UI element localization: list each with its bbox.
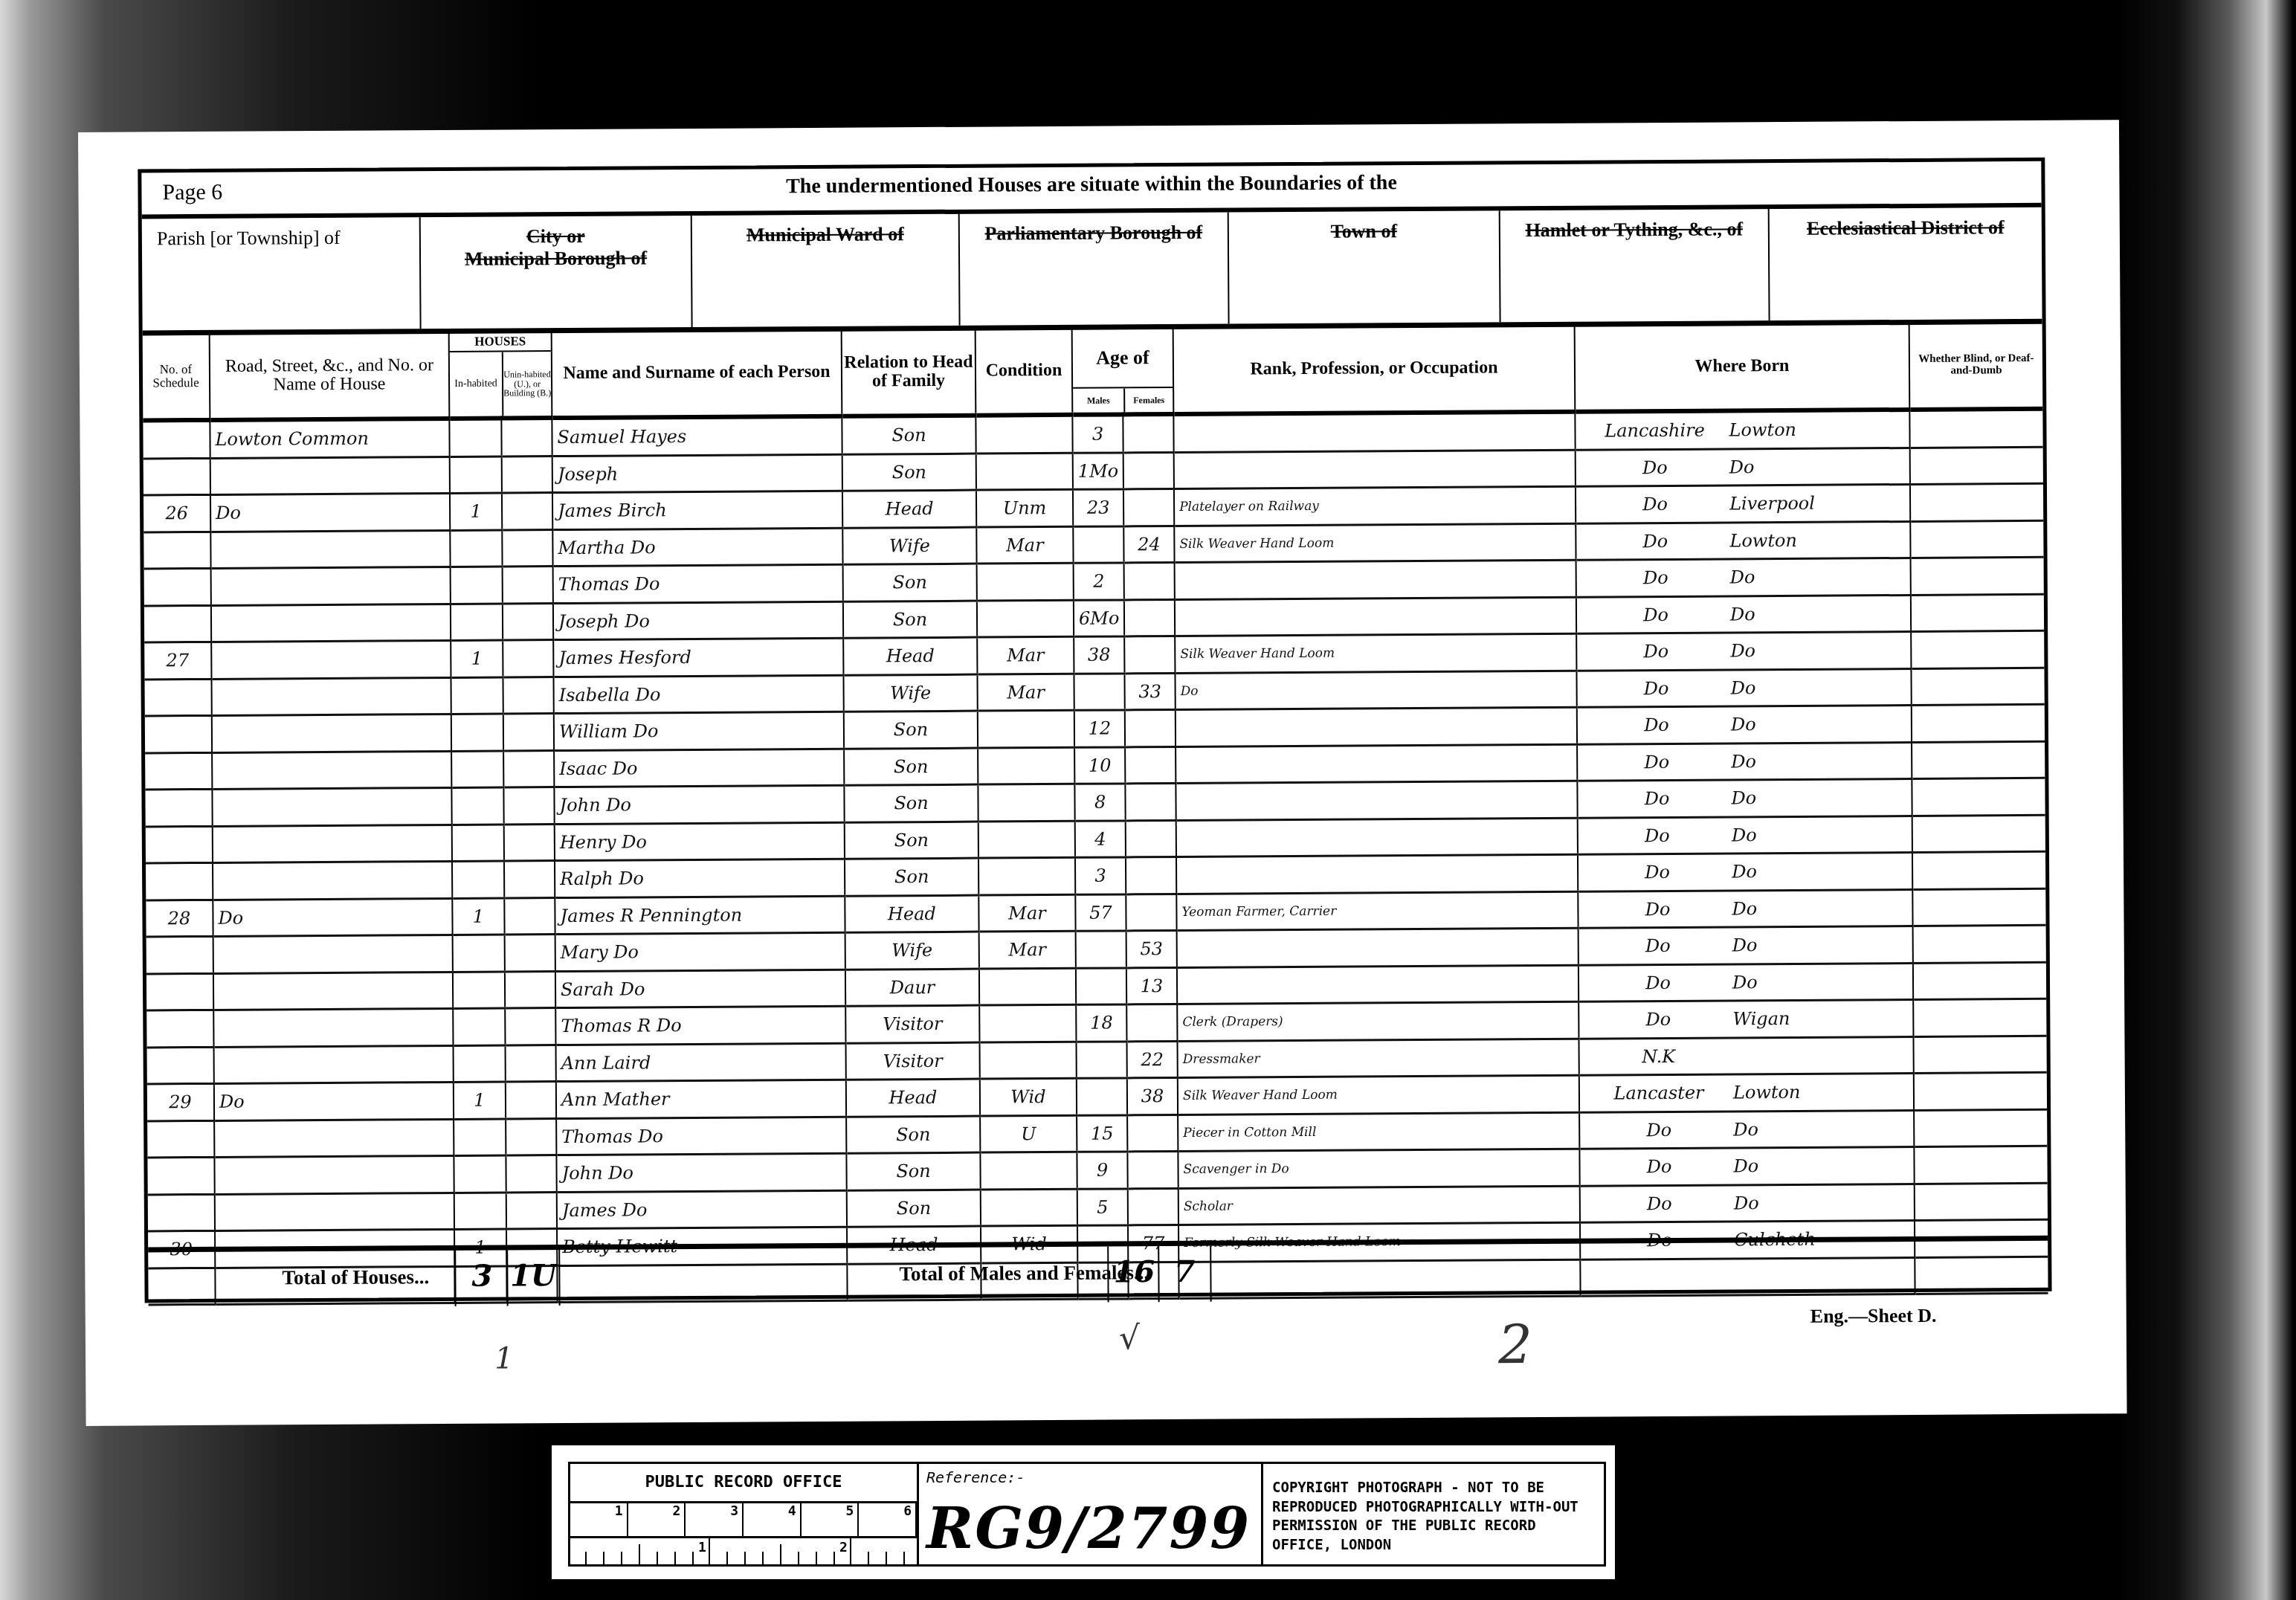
relation-cell: Visitor (846, 1042, 980, 1080)
female-age-cell (1126, 894, 1176, 931)
place-town: Town of (1229, 210, 1501, 323)
born-county: Do (1584, 1119, 1733, 1141)
uninhabited-cell (504, 897, 555, 935)
ruler-mark: 1 (570, 1503, 628, 1536)
born-place: Do (1733, 1155, 1758, 1176)
inhabited-cell (451, 787, 503, 825)
female-age-cell (1125, 746, 1176, 784)
blind-deaf-cell (1912, 778, 2045, 816)
where-born-cell: DoDo (1576, 448, 1910, 486)
born-place: Do (1731, 751, 1756, 772)
occupation-cell (1176, 707, 1577, 746)
name-cell: Samuel Hayes (552, 416, 842, 456)
occupation-cell (1176, 744, 1577, 784)
place-hamlet: Hamlet or Tything, &c., of (1500, 209, 1770, 322)
relation-cell: Head (842, 490, 976, 528)
born-place: Do (1731, 677, 1756, 698)
inhabited-cell (450, 457, 502, 494)
inhabited-cell (453, 1008, 505, 1045)
born-place: Do (1734, 1193, 1759, 1213)
name-cell: Mary Do (555, 932, 845, 971)
road-cell: Do (210, 493, 450, 531)
uninhabited-cell (505, 971, 555, 1008)
road-cell (212, 714, 451, 752)
inhabited-cell (451, 714, 503, 751)
male-age-cell (1076, 967, 1126, 1004)
uninhabited-cell (503, 750, 554, 787)
blind-deaf-cell (1912, 741, 2045, 779)
relation-cell: Son (842, 454, 976, 491)
copyright-notice: COPYRIGHT PHOTOGRAPH - NOT TO BE REPRODU… (1263, 1464, 1604, 1564)
inhabited-cell: 1 (450, 493, 502, 530)
road-cell (214, 1045, 454, 1083)
born-county: Do (1583, 898, 1732, 920)
schedule-cell: 27 (144, 642, 211, 679)
uninhabited-cell (506, 1155, 556, 1193)
male-age-cell (1074, 673, 1124, 710)
occupation-cell: Dressmaker (1178, 1039, 1579, 1078)
inhabited-cell: 1 (451, 640, 503, 677)
road-cell (213, 1008, 453, 1046)
male-age-cell: 5 (1077, 1188, 1128, 1225)
occupation-cell: Clerk (Drapers) (1177, 1001, 1578, 1041)
place-city-borough: City or Municipal Borough of (421, 216, 693, 329)
ruler-top: 1 2 3 4 5 6 (570, 1503, 917, 1538)
name-cell: Joseph Do (553, 601, 843, 640)
place-ecclesiastical: Ecclesiastical District of (1770, 207, 2042, 320)
female-age-cell (1127, 1151, 1178, 1188)
sheet-code: Eng.—Sheet D. (1810, 1305, 1937, 1328)
born-county: Do (1584, 1156, 1733, 1178)
uninhabited-cell (502, 493, 552, 530)
born-place: Do (1731, 714, 1756, 735)
female-age-cell: 13 (1126, 967, 1177, 1004)
relation-cell: Son (846, 1116, 980, 1154)
occupation-cell (1176, 854, 1578, 894)
born-place: Liverpool (1729, 493, 1815, 514)
female-age-cell: 53 (1126, 930, 1177, 967)
relation-cell: Son (843, 564, 977, 601)
name-cell: William Do (554, 712, 844, 750)
female-age-cell (1126, 820, 1176, 857)
occupation-cell (1173, 412, 1575, 452)
male-age-cell (1073, 526, 1123, 563)
male-age-cell: 12 (1074, 710, 1125, 747)
uninhabited-cell (504, 824, 555, 861)
col-condition: Condition (976, 329, 1073, 416)
name-cell: Ralph Do (555, 859, 845, 897)
born-place: Do (1730, 640, 1755, 661)
ruler-section: PUBLIC RECORD OFFICE 1 2 3 4 5 6 1 2 (570, 1464, 919, 1564)
born-county: Lancashire (1580, 420, 1729, 442)
occupation-cell: Platelayer on Railway (1174, 486, 1576, 526)
name-cell: John Do (556, 1153, 846, 1192)
col-occupation: Rank, Profession, or Occupation (1173, 326, 1576, 414)
condition-cell (977, 563, 1074, 600)
where-born-cell: DoDo (1578, 816, 1912, 854)
relation-cell: Son (844, 748, 978, 786)
condition-cell: Unm (976, 489, 1073, 526)
born-county: Do (1584, 1009, 1732, 1030)
occupation-cell: Piecer in Cotton Mill (1178, 1112, 1579, 1152)
born-county: Do (1581, 567, 1730, 589)
schedule-cell (147, 1047, 214, 1084)
name-cell: Henry Do (555, 822, 845, 861)
where-born-cell: LancashireLowton (1575, 410, 1909, 450)
inhabited-cell (453, 972, 505, 1009)
born-county: Do (1585, 1193, 1734, 1214)
born-place: Do (1732, 898, 1757, 919)
born-county: Do (1581, 604, 1730, 625)
born-place: Do (1732, 935, 1758, 955)
col-name: Name and Surname of each Person (552, 331, 842, 418)
place-parliamentary-label: Parliamentary Borough of (984, 222, 1202, 245)
condition-cell: Wid (980, 1078, 1077, 1115)
road-cell (215, 1193, 454, 1230)
name-cell: Joseph (552, 454, 842, 493)
female-age-cell (1124, 636, 1175, 674)
col-houses: HOUSES In-habited Unin-habited (U.), or … (449, 332, 552, 419)
born-county: Do (1581, 457, 1729, 478)
col-road: Road, Street, &c., and No. or Name of Ho… (210, 333, 450, 420)
ruler-mark: 5 (802, 1503, 860, 1536)
table-header: No. of Schedule Road, Street, &c., and N… (143, 323, 2043, 421)
road-cell (214, 1155, 454, 1193)
born-county: Lancaster (1584, 1083, 1733, 1104)
uninhabited-cell (503, 787, 554, 825)
female-age-cell (1123, 452, 1174, 489)
ruler-mark: 4 (744, 1503, 802, 1536)
occupation-cell: Silk Weaver Hand Loom (1174, 523, 1576, 563)
road-cell (212, 787, 451, 825)
occupation-cell (1176, 818, 1578, 857)
road-cell (213, 972, 453, 1010)
occupation-cell (1176, 781, 1577, 820)
place-parish-label: Parish [or Township] of (157, 227, 341, 250)
where-born-cell: DoDo (1578, 889, 1912, 928)
schedule-cell (146, 936, 213, 973)
born-place: Do (1730, 567, 1755, 587)
schedule-cell (143, 458, 210, 495)
condition-cell (978, 784, 1074, 821)
where-born-cell: DoDo (1576, 631, 1911, 670)
inhabited-cell (454, 1119, 506, 1156)
born-county: Do (1582, 788, 1731, 810)
uninhabited-cell (503, 567, 553, 604)
relation-cell: Son (846, 1152, 980, 1190)
uninhabited-cell (503, 603, 553, 640)
female-age-cell: 38 (1127, 1077, 1178, 1114)
name-cell: Thomas Do (553, 564, 843, 603)
relation-cell: Son (845, 822, 978, 859)
born-place: Lowton (1733, 1082, 1801, 1103)
condition-cell (976, 415, 1072, 454)
blind-deaf-cell (1910, 447, 2043, 485)
inhabited-cell (454, 1155, 506, 1193)
road-cell (213, 935, 453, 972)
blind-deaf-cell (1914, 1109, 2047, 1147)
schedule-cell (144, 679, 211, 716)
where-born-cell: DoDo (1579, 1146, 1914, 1185)
female-age-cell (1123, 489, 1174, 526)
record-office-card: PUBLIC RECORD OFFICE 1 2 3 4 5 6 1 2 (552, 1445, 1615, 1579)
male-age-cell: 57 (1075, 894, 1126, 931)
record-office-title: PUBLIC RECORD OFFICE (570, 1464, 917, 1503)
ruler-mark: 3 (686, 1503, 744, 1536)
condition-cell (978, 857, 1075, 894)
name-cell: Ann Mather (556, 1080, 846, 1118)
female-age-cell: 22 (1127, 1041, 1178, 1078)
schedule-cell: 26 (143, 494, 210, 532)
condition-cell: Mar (979, 931, 1076, 968)
blind-deaf-cell (1913, 962, 2046, 1000)
female-age-cell (1127, 1114, 1178, 1152)
census-table: No. of Schedule Road, Street, &c., and N… (143, 323, 2048, 1306)
name-cell: Isaac Do (554, 749, 844, 787)
schedule-cell (143, 420, 210, 459)
blind-deaf-cell (1910, 520, 2043, 558)
road-cell (214, 1119, 454, 1157)
road-cell: Lowton Common (210, 419, 449, 458)
female-age-cell (1125, 709, 1176, 746)
relation-cell: Son (847, 1190, 981, 1228)
condition-cell (980, 1152, 1077, 1189)
place-ecclesiastical-label: Ecclesiastical District of (1807, 216, 2005, 239)
condition-cell (978, 747, 1074, 784)
female-age-cell: 33 (1124, 673, 1175, 710)
blind-deaf-cell (1911, 630, 2044, 668)
blind-deaf-cell (1914, 1146, 2047, 1184)
born-place: Lowton (1729, 419, 1796, 441)
total-houses-uninhabited: 1U (506, 1250, 560, 1306)
uninhabited-cell (501, 418, 552, 456)
road-cell (211, 604, 451, 642)
where-born-cell: DoDo (1578, 852, 1912, 891)
inhabited-cell (449, 419, 501, 457)
col-uninhabited: Unin-habited (U.), or Building (B.) (503, 352, 552, 416)
ruler-mark: 6 (859, 1503, 917, 1536)
name-cell: James Do (557, 1190, 847, 1229)
male-age-cell: 38 (1074, 636, 1124, 674)
male-age-cell: 3 (1075, 857, 1126, 894)
condition-cell (981, 1189, 1077, 1226)
schedule-cell (147, 1120, 214, 1158)
male-age-cell: 2 (1074, 563, 1124, 600)
schedule-cell: 28 (146, 900, 213, 937)
schedule-cell (145, 715, 212, 752)
occupation-cell: Scavenger in Do (1178, 1149, 1579, 1188)
where-born-cell: DoDo (1578, 926, 1913, 964)
blind-deaf-cell (1912, 815, 2045, 853)
where-born-cell: DoDo (1579, 1110, 1914, 1149)
road-cell (210, 457, 450, 494)
where-born-cell: LancasterLowton (1579, 1073, 1914, 1112)
reference-value: RG9/2799 (926, 1495, 1251, 1561)
where-born-cell: DoLowton (1576, 521, 1910, 560)
occupation-cell (1174, 450, 1576, 489)
inhabited-cell: 1 (454, 1082, 506, 1119)
col-males: Males (1073, 388, 1125, 412)
condition-cell (976, 453, 1073, 490)
blind-deaf-cell (1911, 594, 2044, 632)
relation-cell: Head (846, 1079, 980, 1117)
condition-cell (980, 1042, 1077, 1079)
relation-cell: Wife (843, 674, 977, 712)
inhabited-cell (451, 677, 503, 714)
road-cell (211, 567, 451, 604)
uninhabited-cell (505, 1008, 555, 1045)
female-age-cell (1124, 563, 1175, 600)
uninhabited-cell (506, 1192, 557, 1229)
female-age-cell (1124, 599, 1175, 636)
condition-cell: Mar (978, 894, 1075, 932)
where-born-cell: DoLiverpool (1576, 484, 1910, 523)
margin-mark: 2 (1498, 1313, 1532, 1375)
occupation-cell (1177, 928, 1578, 967)
male-age-cell: 6Mo (1074, 599, 1124, 636)
name-cell: Martha Do (552, 528, 842, 567)
female-age-cell (1126, 857, 1176, 894)
occupation-cell: Scholar (1178, 1186, 1580, 1225)
schedule-cell (144, 568, 211, 605)
blind-deaf-cell (1914, 1072, 2047, 1110)
schedule-cell (147, 1157, 214, 1194)
uninhabited-cell (506, 1118, 556, 1155)
inhabited-cell (454, 1045, 506, 1083)
inhabited-cell (451, 567, 503, 604)
male-age-cell: 23 (1073, 489, 1123, 526)
inhabited-cell (451, 604, 503, 641)
where-born-cell: DoWigan (1578, 999, 1913, 1038)
road-cell: Do (214, 1082, 454, 1120)
ruler-mark: 1 (698, 1540, 706, 1555)
uninhabited-cell (506, 1045, 556, 1082)
born-county: Do (1581, 494, 1729, 515)
schedule-cell (145, 752, 212, 790)
relation-cell: Son (843, 601, 977, 639)
place-hamlet-label: Hamlet or Tything, &c., of (1526, 218, 1744, 241)
schedule-cell (146, 862, 213, 900)
name-cell: James Hesford (553, 638, 843, 677)
inhabited-cell: 1 (452, 898, 504, 935)
name-cell: James Birch (552, 491, 842, 529)
born-county: Do (1583, 862, 1732, 883)
blind-deaf-cell (1912, 704, 2045, 742)
col-where-born: Where Born (1575, 324, 1910, 412)
road-cell (211, 677, 451, 715)
col-houses-label: HOUSES (450, 332, 551, 352)
places-row: Parish [or Township] of City or Municipa… (142, 207, 2042, 336)
road-cell (211, 640, 451, 678)
born-place: Wigan (1732, 1008, 1790, 1029)
relation-cell: Daur (845, 969, 979, 1007)
born-place: Do (1732, 861, 1757, 882)
born-county: Do (1584, 972, 1732, 993)
female-age-cell (1128, 1188, 1178, 1225)
condition-cell (978, 821, 1075, 858)
blind-deaf-cell (1911, 668, 2044, 706)
inhabited-cell (452, 825, 504, 862)
schedule-cell (146, 1010, 213, 1047)
blind-deaf-cell (1912, 851, 2045, 889)
schedule-cell (145, 789, 212, 826)
blind-deaf-cell (1910, 483, 2043, 521)
col-inhabited: In-habited (450, 352, 504, 416)
blind-deaf-cell (1915, 1183, 2048, 1221)
name-cell: Sarah Do (555, 970, 845, 1008)
condition-cell: Mar (977, 636, 1074, 674)
inhabited-cell (450, 530, 502, 567)
ruler-mark: 2 (839, 1540, 848, 1555)
place-ward: Municipal Ward of (692, 214, 961, 327)
total-females: 7 (1158, 1246, 1211, 1302)
place-borough-label: Municipal Borough of (421, 247, 691, 271)
ruler-bottom: 1 2 (570, 1538, 917, 1567)
male-age-cell (1076, 931, 1126, 968)
born-county: Do (1581, 641, 1730, 662)
condition-cell: U (980, 1115, 1077, 1152)
relation-cell: Son (842, 416, 976, 454)
uninhabited-cell (506, 1082, 556, 1119)
occupation-cell (1175, 597, 1576, 636)
where-born-cell: DoDo (1577, 705, 1912, 743)
name-cell: Isabella Do (553, 675, 843, 714)
schedule-cell (146, 973, 213, 1010)
where-born-cell: DoDo (1580, 1184, 1915, 1222)
male-age-cell: 18 (1076, 1004, 1126, 1042)
ruler-mark: 2 (628, 1503, 686, 1536)
born-place: Do (1732, 825, 1757, 845)
blind-deaf-cell (1911, 557, 2044, 595)
where-born-cell: DoDo (1576, 595, 1911, 633)
name-cell: Thomas Do (556, 1117, 846, 1155)
male-age-cell: 8 (1074, 784, 1125, 821)
col-blind-deaf: Whether Blind, or Deaf-and-Dumb (1909, 323, 2043, 410)
total-houses-label: Total of Houses... (282, 1265, 429, 1289)
female-age-cell: 24 (1123, 526, 1174, 563)
male-age-cell: 4 (1075, 820, 1126, 857)
uninhabited-cell (502, 456, 552, 493)
blind-deaf-cell (1913, 925, 2046, 963)
reference-label: Reference:- (926, 1468, 1025, 1486)
born-place: Lowton (1729, 530, 1797, 552)
place-town-label: Town of (1331, 220, 1398, 242)
margin-mark: √ (1119, 1319, 1140, 1357)
name-cell: Thomas R Do (555, 1006, 845, 1045)
condition-cell (979, 1004, 1076, 1042)
road-cell (213, 825, 452, 862)
born-county: Do (1582, 714, 1731, 736)
born-place: Do (1729, 457, 1755, 477)
born-county: Do (1582, 751, 1731, 772)
uninhabited-cell (503, 677, 553, 714)
occupation-cell: Silk Weaver Hand Loom (1175, 633, 1576, 673)
road-cell (210, 530, 450, 568)
where-born-cell: DoDo (1577, 742, 1912, 781)
male-age-cell: 3 (1072, 414, 1123, 452)
scan-background-right (2118, 0, 2296, 1600)
col-age-label: Age of (1073, 329, 1173, 389)
place-parliamentary: Parliamentary Borough of (960, 213, 1230, 326)
born-place: Do (1730, 604, 1755, 625)
condition-cell (979, 968, 1076, 1005)
born-place: Do (1731, 787, 1756, 808)
uninhabited-cell (505, 935, 555, 972)
blind-deaf-cell (1909, 409, 2042, 448)
relation-cell: Wife (845, 932, 979, 970)
reference-section: Reference:- RG9/2799 (919, 1464, 1263, 1564)
schedule-cell (144, 605, 211, 642)
